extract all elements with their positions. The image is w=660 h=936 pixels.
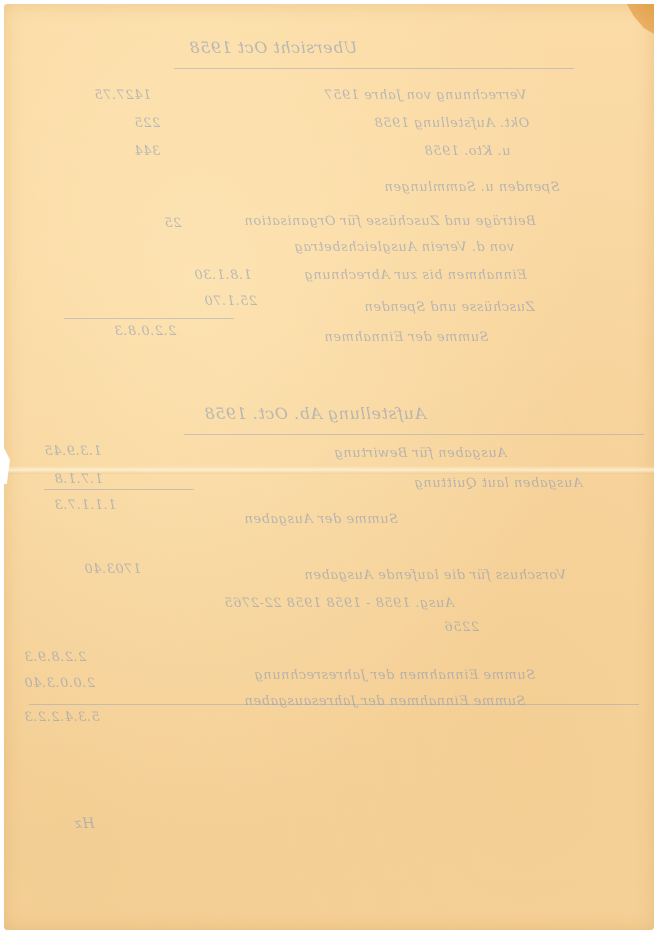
entry-text: Zuschüsse und Spenden: [364, 300, 535, 315]
grand-total: 5.3.4.2.2.3: [24, 710, 100, 725]
entry-text: Okt. Aufstellung 1958: [374, 116, 529, 131]
entry-text: Beiträge und Zuschüsse für Organisation: [244, 214, 536, 229]
entry-amount: 1427.75: [94, 88, 151, 103]
entry-text: Summe Einnahmen der Jahresrechnung: [254, 668, 535, 683]
entry-text: Summe der Einnahmen: [324, 330, 489, 345]
entry-amount: 344: [134, 144, 160, 159]
entry-text: 2256: [444, 620, 479, 635]
total-rule: [29, 704, 639, 705]
heading-rule: [174, 68, 574, 69]
entry-text: Summe Einnahmen der Jahresausgaben: [244, 694, 525, 709]
entry-text: Ausg. 1958 - 1958 1958 22-2765: [224, 596, 454, 611]
paper-sheet: Ubersicht Oct 1958 Verrechnung von Jahre…: [4, 4, 654, 930]
entry-amount: 1.3.9.45: [44, 444, 102, 459]
entry-amount: 1.1.1.7.3: [54, 498, 116, 513]
entry-text: Verrechnung von Jahre 1957: [324, 88, 526, 103]
entry-text: von d. Verein Ausgleichsbetrag: [294, 240, 514, 255]
entry-text: Vorschuss für die laufende Ausgaben: [304, 568, 566, 583]
entry-amount: 1.7.1.8: [54, 472, 103, 487]
corner-stain: [620, 4, 654, 34]
sum-rule: [44, 489, 194, 490]
entry-text: Summe der Ausgaben: [244, 512, 398, 527]
entry-amount: 25.1.70: [204, 294, 257, 309]
sum-rule: [64, 318, 234, 319]
entry-text: u. Kto. 1958: [424, 144, 511, 159]
section-1-heading: Ubersicht Oct 1958: [189, 38, 357, 57]
entry-text: Einnahmen bis zur Abrechnung: [304, 268, 527, 283]
entry-amount: 1.8.1.30: [194, 268, 252, 283]
entry-amount: 2.0.0.3.40: [24, 676, 95, 691]
entry-text: Ausgaben laut Quittung: [414, 476, 582, 491]
entry-text: Ausgaben für Bewirtung: [334, 446, 507, 461]
entry-amount: 225: [134, 116, 160, 131]
edge-tear: [2, 444, 10, 484]
entry-amount: 2.2.8.9.3: [24, 650, 86, 665]
entry-amount: 2.2.0.8.3: [114, 324, 176, 339]
margin-mark: Hz: [74, 816, 95, 832]
entry-amount: 1703.40: [84, 562, 141, 577]
entry-amount: 25: [164, 216, 182, 231]
entry-text: Spenden u. Sammlungen: [384, 180, 560, 195]
section-2-heading: Aufstellung Ab. Oct. 1958: [204, 404, 426, 423]
heading-rule: [184, 434, 644, 435]
